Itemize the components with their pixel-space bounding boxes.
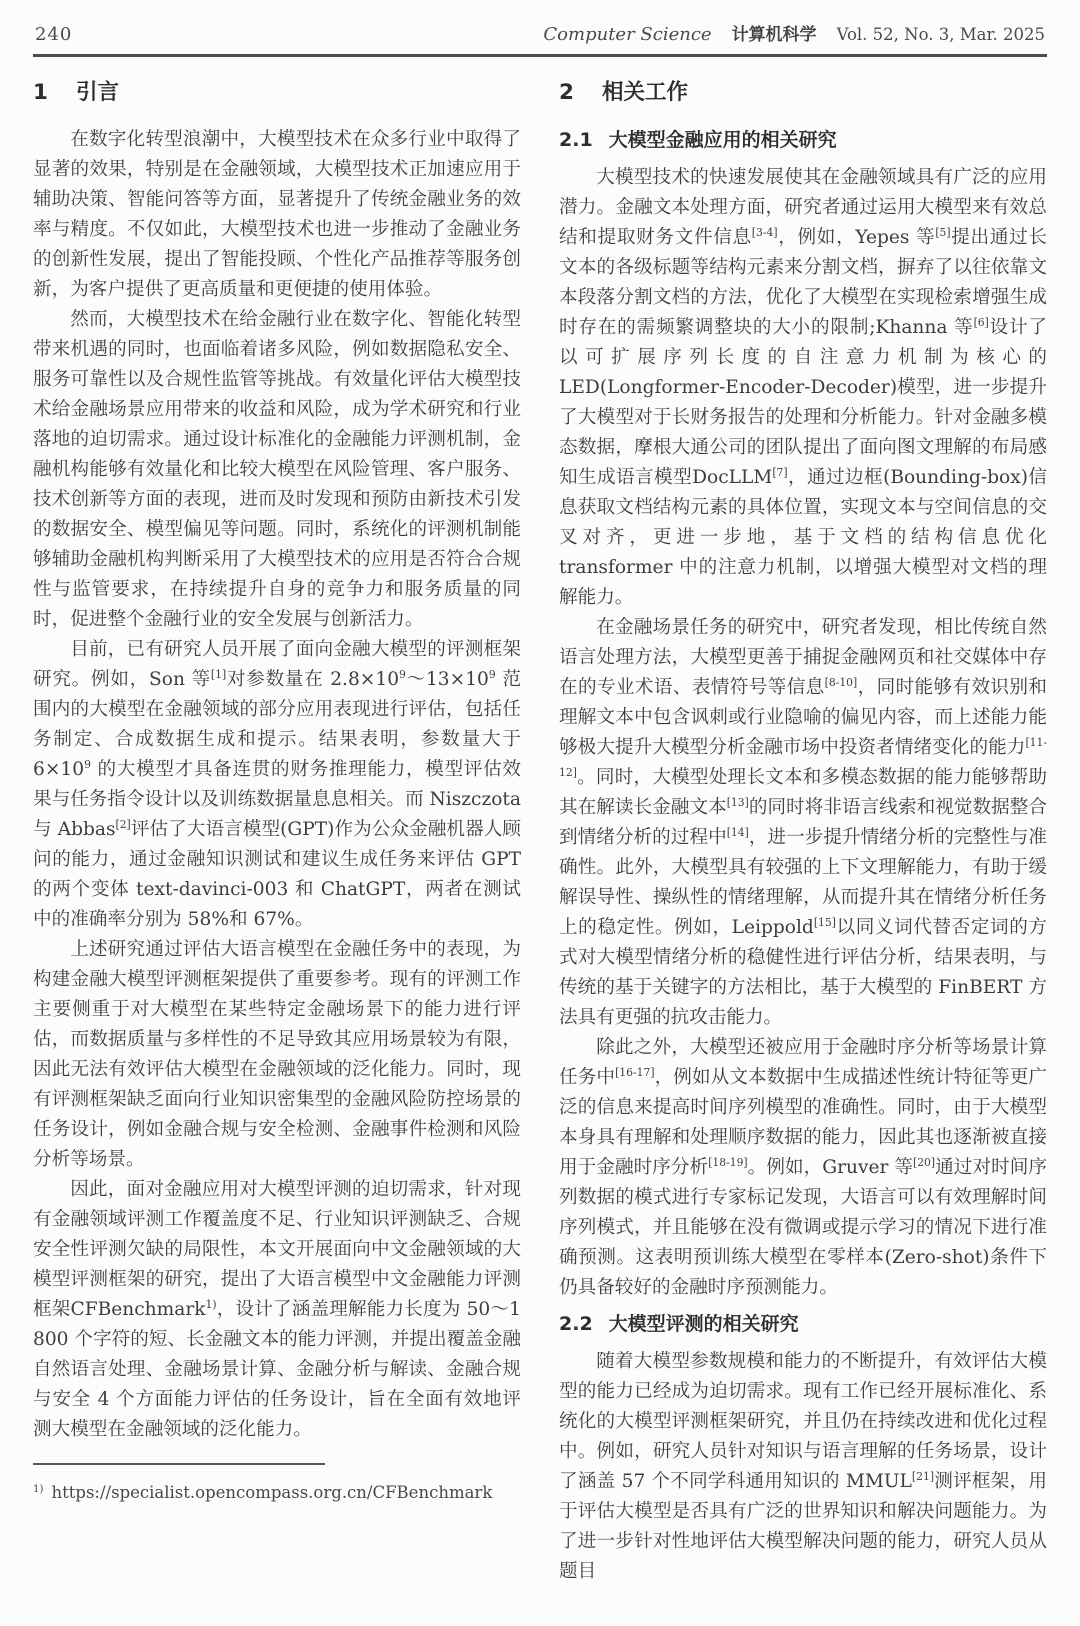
reference-superscript: [18-19] — [708, 1156, 747, 1169]
right-column: 2相关工作 2.1大模型金融应用的相关研究 大模型技术的快速发展使其在金融领域具… — [559, 71, 1047, 1587]
reference-superscript: [13] — [727, 796, 749, 809]
section-number: 1 — [33, 80, 48, 105]
footnote-divider — [33, 1463, 325, 1465]
reference-superscript: [14] — [727, 826, 749, 839]
text-run: 通过对时间序列数据的模式进行专家标记发现，大语言可以有效理解时间序列模式，并且能… — [559, 1157, 1047, 1298]
header-divider — [33, 54, 1047, 57]
section-1-heading: 1引言 — [33, 79, 521, 107]
text-run: 。例如，Gruver 等 — [748, 1157, 913, 1178]
text-run: ，设计了涵盖理解能力长度为 50～1 800 个字符的短、长金融文本的能力评测，… — [33, 1299, 521, 1440]
paragraph: 大模型技术的快速发展使其在金融领域具有广泛的应用潜力。金融文本处理方面，研究者通… — [559, 163, 1047, 613]
footnote-marker: 1) — [33, 1484, 44, 1495]
section-number: 2 — [559, 80, 574, 105]
journal-title-zh: 计算机科学 — [732, 20, 817, 45]
paper-page: 240 Computer Science 计算机科学 Vol. 52, No. … — [0, 0, 1080, 1626]
section-2-heading: 2相关工作 — [559, 79, 1047, 107]
reference-superscript: 9 — [399, 668, 406, 681]
footnote: 1)https://specialist.opencompass.org.cn/… — [33, 1481, 521, 1505]
section-title: 相关工作 — [602, 80, 688, 105]
reference-superscript: [7] — [772, 466, 787, 479]
page-body: 1引言 在数字化转型浪潮中，大模型技术在众多行业中取得了显著的效果，特别是在金融… — [33, 71, 1047, 1587]
reference-superscript: [8-10] — [825, 676, 858, 689]
reference-superscript: [5] — [935, 226, 950, 239]
paragraph: 在金融场景任务的研究中，研究者发现，相比传统自然语言处理方法，大模型更善于捕捉金… — [559, 613, 1047, 1033]
reference-superscript: 9 — [84, 758, 91, 771]
text-run: 然而，大模型技术在给金融行业在数字化、智能化转型带来机遇的同时，也面临着诸多风险… — [33, 309, 521, 630]
subsection-2-1-heading: 2.1大模型金融应用的相关研究 — [559, 125, 1047, 155]
page-number: 240 — [35, 24, 72, 45]
subsection-title: 大模型金融应用的相关研究 — [609, 129, 837, 151]
reference-superscript: [1] — [211, 668, 226, 681]
reference-superscript: 9 — [489, 668, 496, 681]
paragraph: 上述研究通过评估大语言模型在金融任务中的表现，为构建金融大模型评测框架提供了重要… — [33, 935, 521, 1175]
reference-superscript: 1) — [206, 1298, 217, 1311]
reference-superscript: [16-17] — [615, 1066, 654, 1079]
subsection-number: 2.2 — [559, 1313, 593, 1335]
text-run: ，通过边框(Bounding-box)信息获取文档结构元素的具体位置，实现文本与… — [559, 467, 1047, 608]
reference-superscript: [3-4] — [752, 226, 778, 239]
reference-superscript: [21] — [912, 1470, 934, 1483]
page-header: 240 Computer Science 计算机科学 Vol. 52, No. … — [33, 20, 1047, 45]
text-run: ～13×10 — [406, 669, 489, 690]
text-run: 上述研究通过评估大语言模型在金融任务中的表现，为构建金融大模型评测框架提供了重要… — [33, 939, 521, 1170]
text-run: 设计了以可扩展序列长度的自注意力机制为核心的 LED(Longformer-En… — [559, 317, 1047, 488]
subsection-title: 大模型评测的相关研究 — [609, 1313, 799, 1335]
reference-superscript: [2] — [116, 818, 131, 831]
reference-superscript: [20] — [913, 1156, 935, 1169]
paragraph: 目前，已有研究人员开展了面向金融大模型的评测框架研究。例如，Son 等[1]对参… — [33, 635, 521, 935]
subsection-2-2-heading: 2.2大模型评测的相关研究 — [559, 1309, 1047, 1339]
issue-info: Vol. 52, No. 3, Mar. 2025 — [837, 25, 1045, 44]
subsection-number: 2.1 — [559, 129, 593, 151]
left-column: 1引言 在数字化转型浪潮中，大模型技术在众多行业中取得了显著的效果，特别是在金融… — [33, 71, 521, 1587]
footnote-url: https://specialist.opencompass.org.cn/CF… — [52, 1483, 493, 1502]
paragraph: 随着大模型参数规模和能力的不断提升，有效评估大模型的能力已经成为迫切需求。现有工… — [559, 1347, 1047, 1587]
text-run: 在数字化转型浪潮中，大模型技术在众多行业中取得了显著的效果，特别是在金融领域，大… — [33, 129, 521, 300]
paragraph: 在数字化转型浪潮中，大模型技术在众多行业中取得了显著的效果，特别是在金融领域，大… — [33, 125, 521, 305]
journal-info: Computer Science 计算机科学 Vol. 52, No. 3, M… — [543, 20, 1045, 45]
reference-superscript: [6] — [974, 316, 989, 329]
paragraph: 除此之外，大模型还被应用于金融时序分析等场景计算任务中[16-17]，例如从文本… — [559, 1033, 1047, 1303]
text-run: ，例如，Yepes 等 — [778, 227, 936, 248]
section-title: 引言 — [76, 80, 119, 105]
journal-title-en: Computer Science — [543, 24, 711, 45]
paragraph: 因此，面对金融应用对大模型评测的迫切需求，针对现有金融领域评测工作覆盖度不足、行… — [33, 1175, 521, 1445]
paragraph: 然而，大模型技术在给金融行业在数字化、智能化转型带来机遇的同时，也面临着诸多风险… — [33, 305, 521, 635]
reference-superscript: [15] — [814, 916, 836, 929]
text-run: 对参数量在 2.8×10 — [226, 669, 399, 690]
